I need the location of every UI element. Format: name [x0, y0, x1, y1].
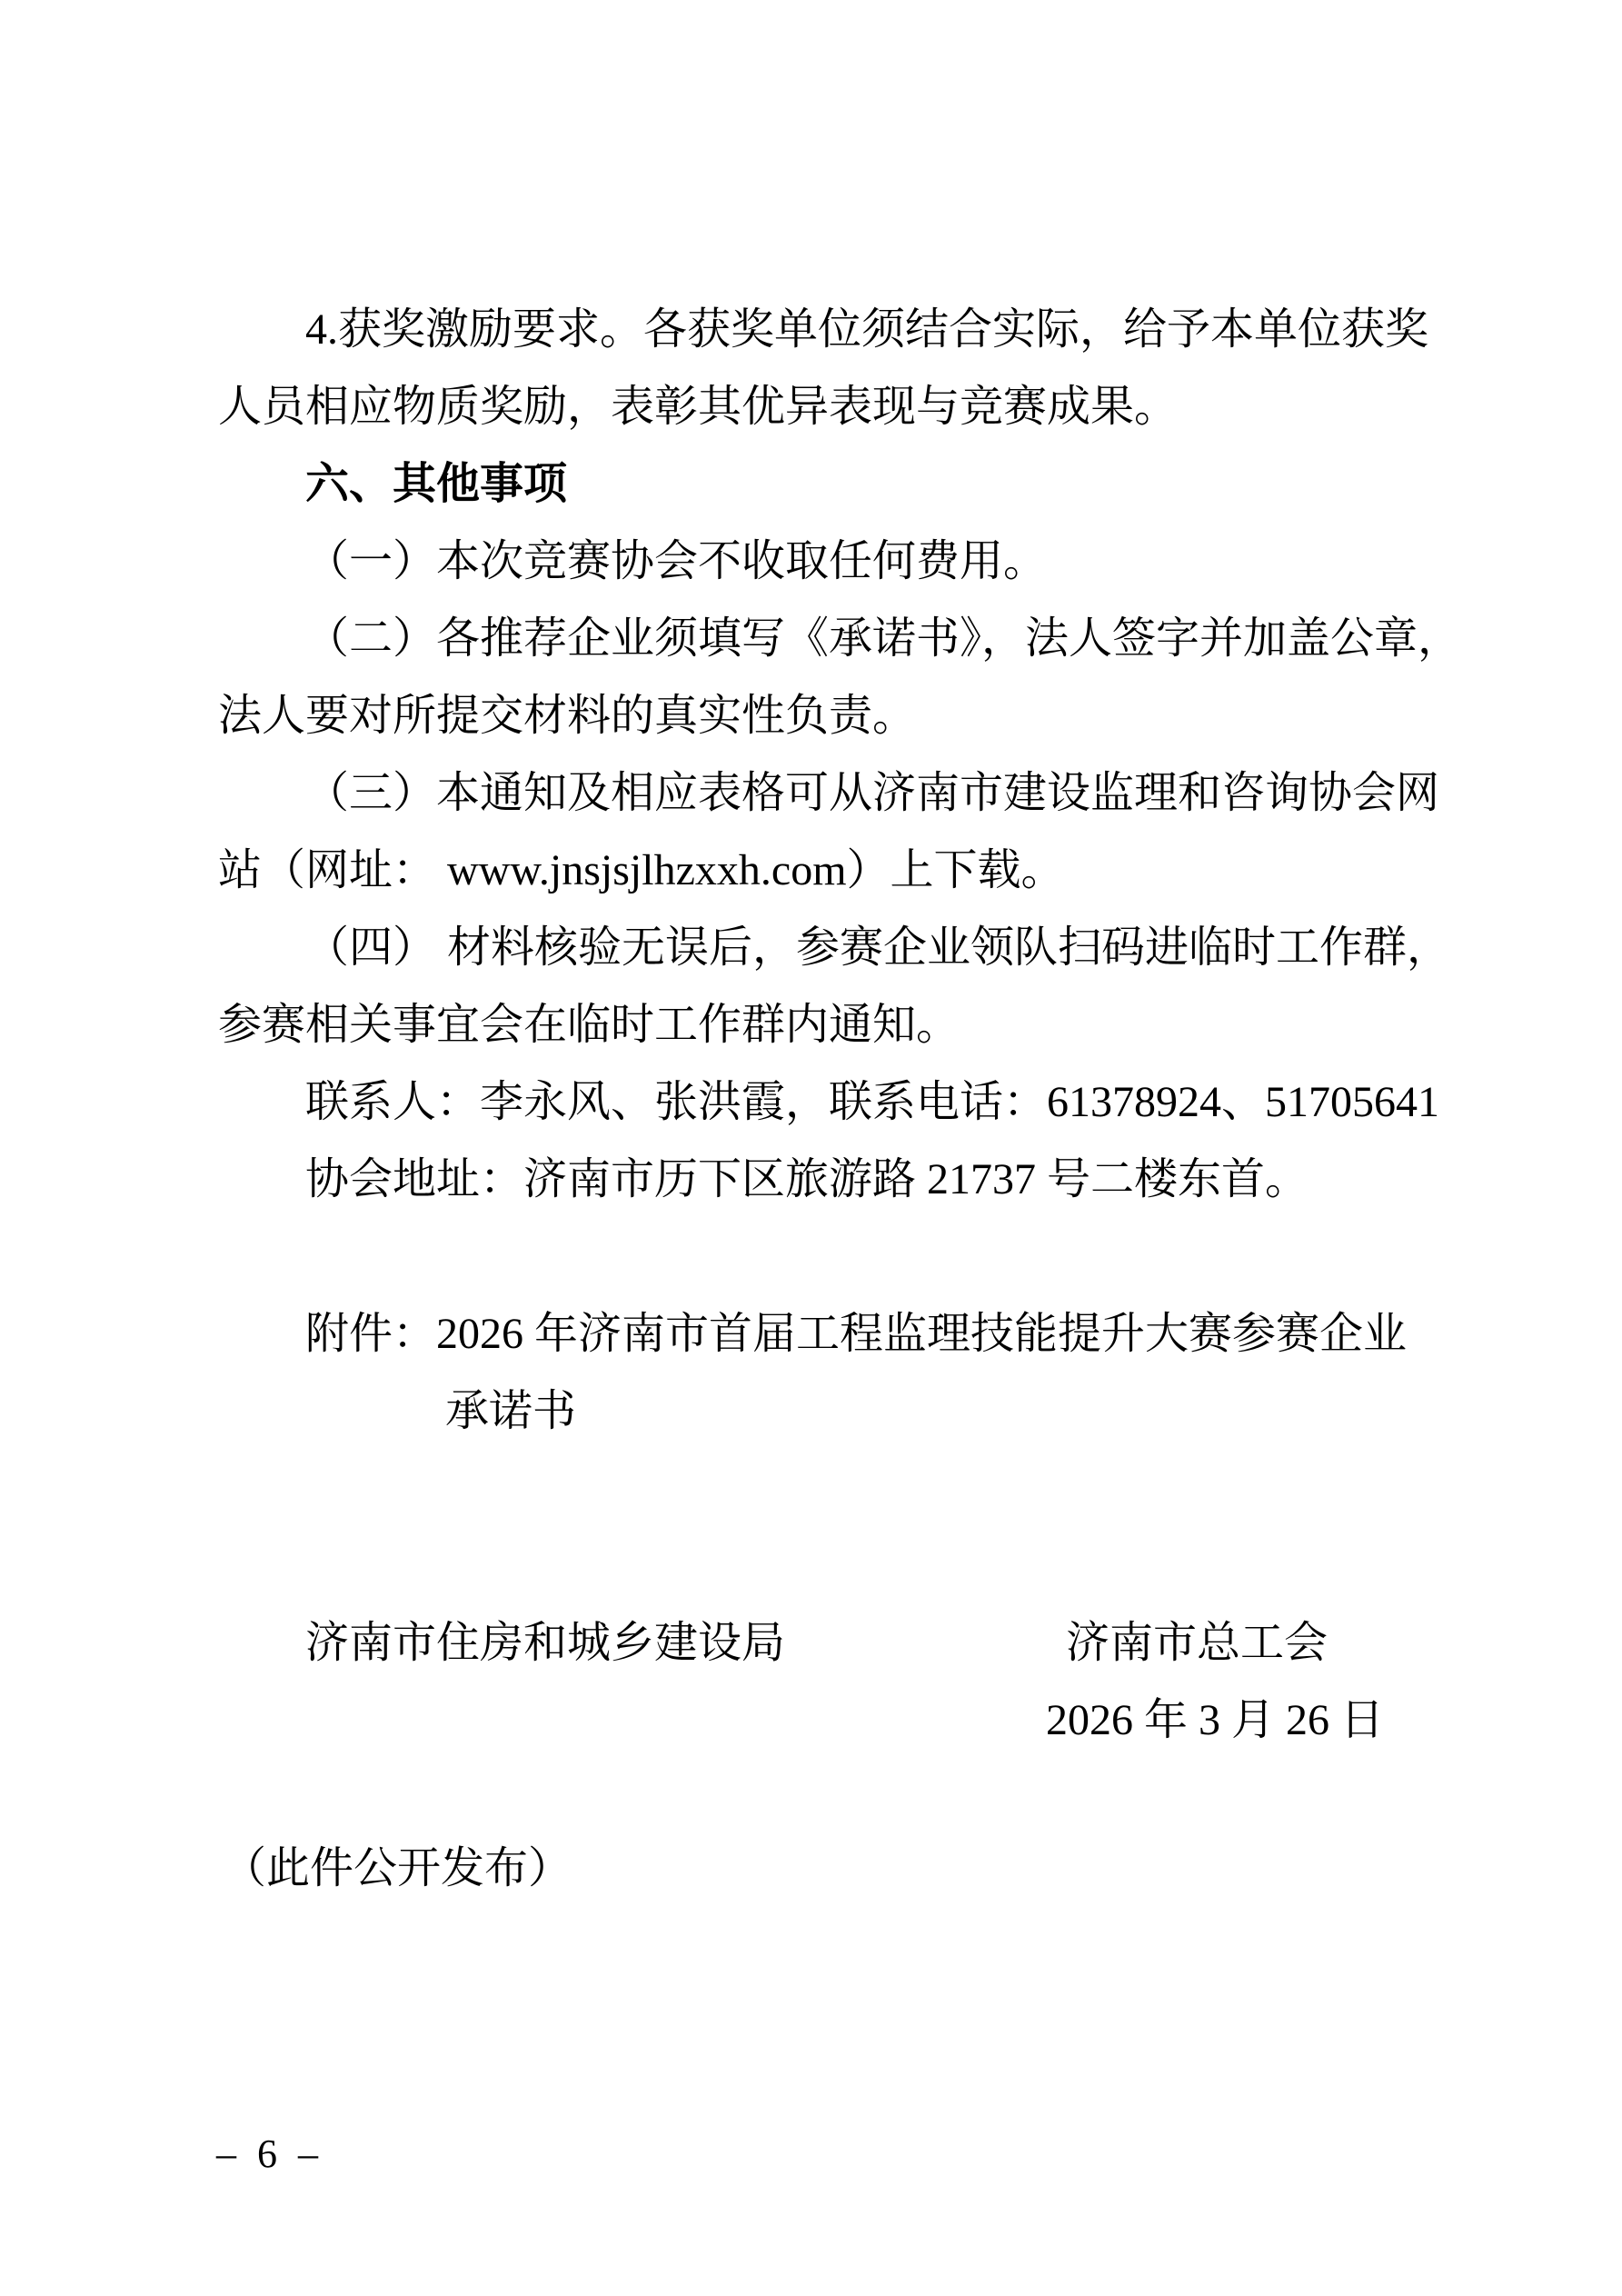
item-4-work-group-line2: 参赛相关事宜会在临时工作群内通知。 [218, 986, 1454, 1063]
document-page: 4.获奖激励要求。各获奖单位须结合实际，给予本单位获奖 人员相应物质奖励，表彰其… [0, 0, 1622, 2296]
item-3-download-line1: （三）本通知及相应表格可从济南市建设监理和咨询协会网 [218, 754, 1454, 832]
paragraph-award-incentive-line1: 4.获奖激励要求。各获奖单位须结合实际，给予本单位获奖 [218, 291, 1454, 368]
address-line: 协会地址：济南市历下区旅游路 21737 号二楼东首。 [218, 1141, 1454, 1218]
signer-labor-union: 济南市总工会 [1066, 1604, 1328, 1682]
item-1-no-fee: （一）本次竞赛协会不收取任何费用。 [218, 523, 1454, 600]
attachment-line1: 附件：2026 年济南市首届工程监理技能提升大赛参赛企业 [218, 1295, 1454, 1373]
document-date: 2026 年 3 月 26 日 [1046, 1682, 1384, 1759]
section-heading-other-matters: 六、其他事项 [218, 445, 1454, 523]
signature-row: 济南市住房和城乡建设局 济南市总工会 [218, 1604, 1454, 1682]
document-body: 4.获奖激励要求。各获奖单位须结合实际，给予本单位获奖 人员相应物质奖励，表彰其… [218, 291, 1454, 1759]
item-2-commitment-letter-line2: 法人要对所提交材料的真实性负责。 [218, 677, 1454, 754]
signer-housing-bureau: 济南市住房和城乡建设局 [305, 1604, 785, 1682]
page-number: – 6 – [216, 2127, 323, 2181]
public-release-note: （此件公开发布） [223, 1830, 572, 1907]
paragraph-award-incentive-line2: 人员相应物质奖励，表彰其优异表现与竞赛成果。 [218, 368, 1454, 445]
contact-line: 联系人：李永风、张洪霞，联系电话：61378924、51705641 [218, 1063, 1454, 1141]
attachment-line2: 承诺书 [218, 1373, 1454, 1450]
item-2-commitment-letter-line1: （二）各推荐企业须填写《承诺书》，法人签字并加盖公章， [218, 600, 1454, 677]
blank-line [218, 1450, 1454, 1527]
blank-line [218, 1218, 1454, 1295]
item-4-work-group-line1: （四） 材料核验无误后，参赛企业领队扫码进临时工作群， [218, 909, 1454, 986]
item-3-download-line2: 站（网址： www.jnsjsjlhzxxh.com）上下载。 [218, 832, 1454, 909]
date-row: 2026 年 3 月 26 日 [218, 1682, 1454, 1759]
blank-line [218, 1527, 1454, 1604]
